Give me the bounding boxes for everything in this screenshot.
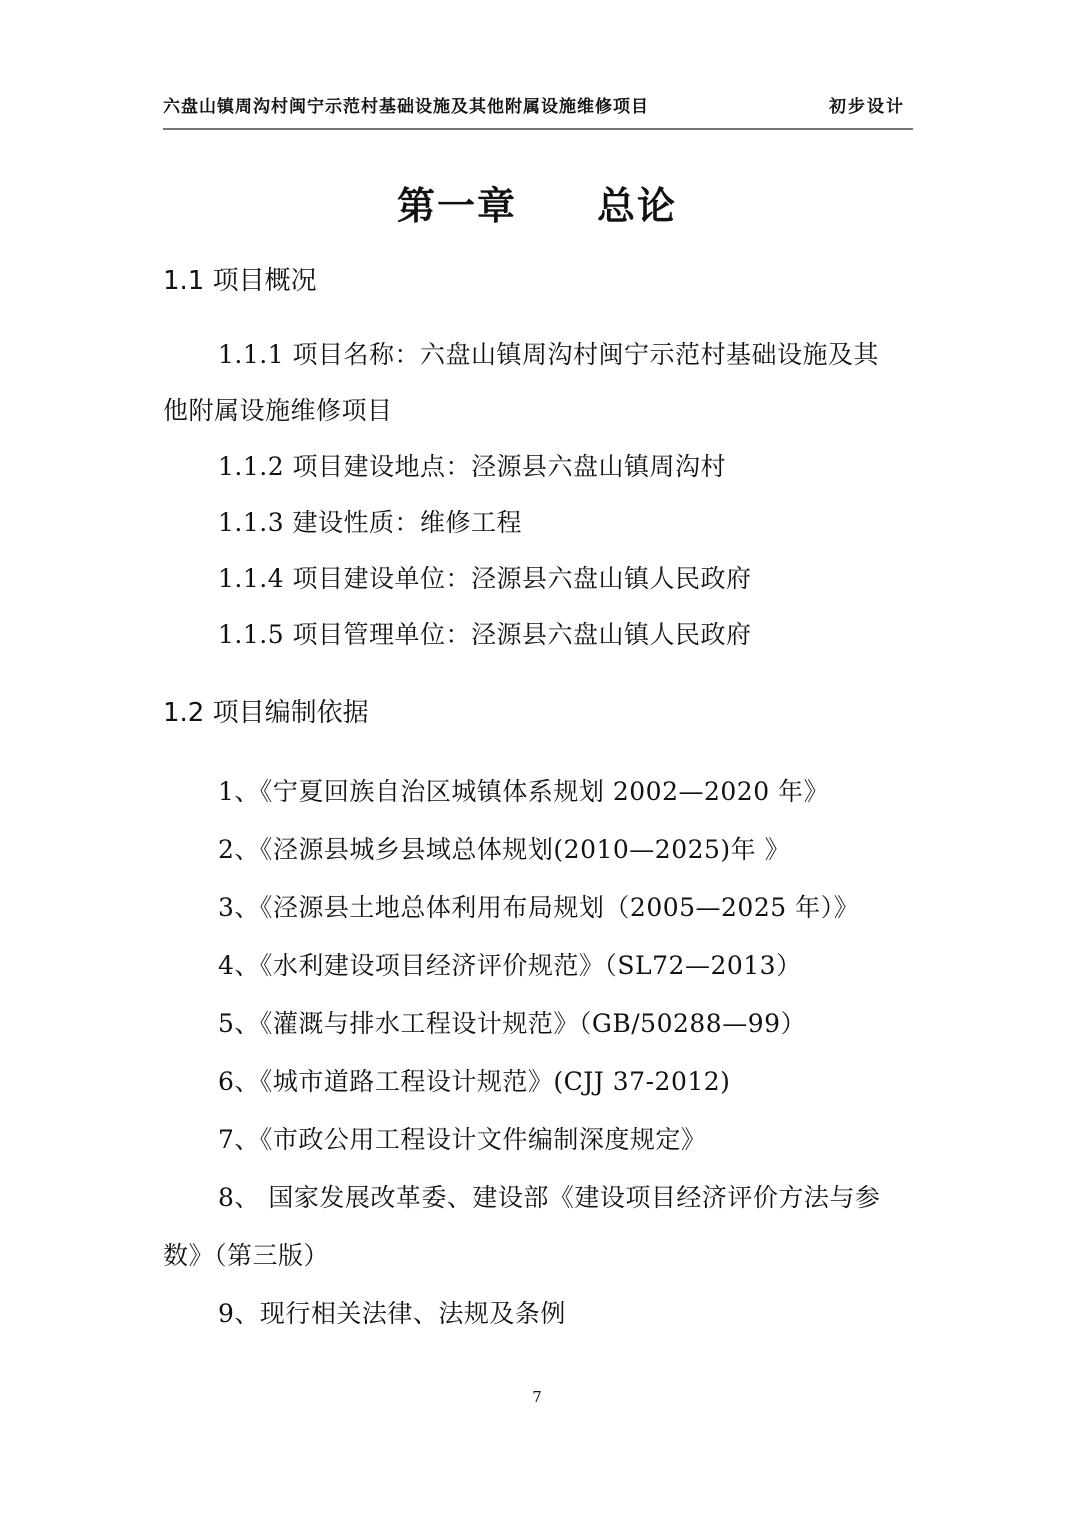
item-1-1-3: 1.1.3 建设性质：维修工程 [218,503,522,539]
basis-item-5: 5、《灌溉与排水工程设计规范》（GB/50288—99） [218,1004,806,1040]
header-stage-label: 初步设计 [829,92,905,117]
basis-item-1: 1、《宁夏回族自治区城镇体系规划 2002—2020 年》 [218,772,829,808]
item-1-1-1-line2: 他附属设施维修项目 [163,391,393,427]
item-1-1-1-line1: 1.1.1 项目名称：六盘山镇周沟村闽宁示范村基础设施及其 [218,335,879,371]
basis-item-4: 4、《水利建设项目经济评价规范》（SL72—2013） [218,946,802,982]
basis-item-6: 6、《城市道路工程设计规范》(CJJ 37-2012) [218,1062,730,1098]
header-divider [163,128,913,130]
basis-item-3: 3、《泾源县土地总体利用布局规划（2005—2025 年）》 [218,888,859,924]
section-heading-1-1: 1.1 项目概况 [163,260,317,297]
basis-item-8-line2: 数》（第三版） [163,1236,329,1272]
item-1-1-5: 1.1.5 项目管理单位：泾源县六盘山镇人民政府 [218,615,752,651]
basis-item-8-line1: 8、 国家发展改革委、建设部《建设项目经济评价方法与参 [218,1178,880,1214]
item-1-1-4: 1.1.4 项目建设单位：泾源县六盘山镇人民政府 [218,559,752,595]
basis-item-9: 9、现行相关法律、法规及条例 [218,1294,566,1330]
section-heading-1-2: 1.2 项目编制依据 [163,692,369,729]
item-1-1-2: 1.1.2 项目建设地点：泾源县六盘山镇周沟村 [218,447,726,483]
page-number: 7 [0,1388,1074,1406]
basis-item-7: 7、《市政公用工程设计文件编制深度规定》 [218,1120,706,1156]
basis-item-2: 2、《泾源县城乡县域总体规划(2010—2025)年 》 [218,830,790,866]
chapter-title: 第一章 总论 [0,175,1074,230]
header-document-title: 六盘山镇周沟村闽宁示范村基础设施及其他附属设施维修项目 [163,92,649,117]
